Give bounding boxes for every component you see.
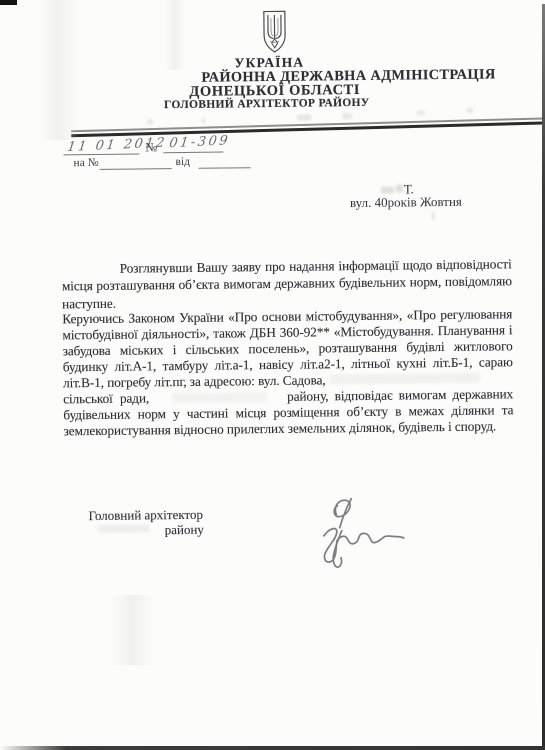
addressee-street: вул. 40років Жовтня bbox=[350, 194, 462, 211]
reply-date-underline bbox=[199, 167, 251, 169]
erased-text-smudge bbox=[330, 373, 480, 385]
handwritten-outgoing-number: 01-309 bbox=[168, 133, 231, 151]
reply-to-number-label: на № bbox=[73, 157, 98, 169]
erased-text-smudge bbox=[172, 392, 267, 403]
number-underline bbox=[163, 152, 223, 154]
erased-text-smudge bbox=[147, 119, 153, 124]
scanned-letter: УКРАЇНА РАЙОННА ДЕРЖАВНА АДМІНІСТРАЦІЯ Д… bbox=[0, 0, 545, 750]
scan-streak bbox=[165, 0, 185, 70]
scan-corner-mark bbox=[0, 0, 17, 5]
scan-bottom-edge bbox=[0, 746, 545, 750]
date-underline bbox=[63, 153, 139, 155]
body-split-left: сільської ради, bbox=[63, 390, 149, 407]
signature-handwriting bbox=[305, 494, 406, 571]
ukraine-trident-icon bbox=[258, 9, 292, 55]
faint-mark bbox=[98, 524, 150, 533]
faint-mark bbox=[432, 212, 434, 220]
erased-text-smudge bbox=[417, 110, 425, 115]
signatory-title-line2: району bbox=[165, 522, 204, 538]
scan-streak bbox=[110, 595, 155, 665]
letter-sheet: УКРАЇНА РАЙОННА ДЕРЖАВНА АДМІНІСТРАЦІЯ Д… bbox=[0, 0, 545, 750]
erased-name-smudge bbox=[396, 184, 403, 192]
number-sign: № bbox=[145, 140, 157, 155]
erased-text-smudge bbox=[467, 108, 473, 113]
erased-text-smudge bbox=[202, 118, 205, 124]
erased-name-smudge bbox=[381, 187, 394, 194]
reply-date-label: від bbox=[175, 156, 190, 168]
scan-streak bbox=[38, 0, 78, 140]
reply-number-underline bbox=[100, 168, 172, 170]
erased-text-smudge bbox=[297, 115, 311, 121]
erased-text-smudge bbox=[342, 113, 352, 119]
letterhead-department: ГОЛОВНИЙ АРХІТЕКТОР РАЙОНУ bbox=[164, 96, 370, 110]
